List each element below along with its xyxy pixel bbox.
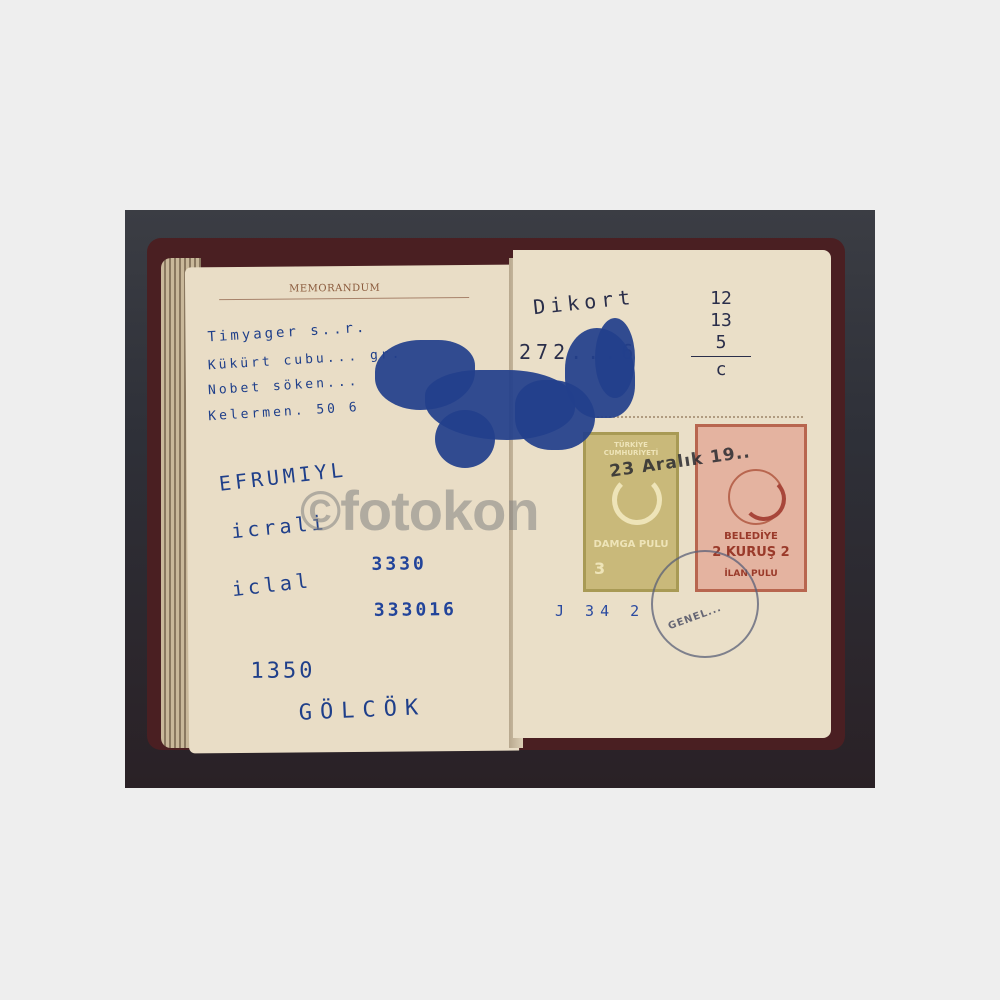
handwriting-line: Nobet söken... bbox=[208, 374, 360, 398]
handwriting-line: J 34 2 bbox=[555, 602, 645, 620]
watermark: ©fotokon bbox=[300, 478, 539, 543]
crescent-star-icon bbox=[728, 469, 784, 525]
calc-value: 12 bbox=[691, 288, 751, 310]
handwriting-line: Dikort bbox=[532, 285, 636, 320]
calc-rule bbox=[691, 356, 751, 357]
handwriting-number: 1350 bbox=[250, 658, 315, 684]
right-page: Dikort 272...6 12 13 5 c TÜRKİYE CUMHURİ… bbox=[513, 250, 831, 738]
calc-value: 5 bbox=[691, 332, 751, 354]
handwriting-number: 3330 bbox=[371, 553, 427, 574]
stamp-label: DAMGA PULU bbox=[586, 539, 676, 550]
crescent-emblem-icon bbox=[612, 475, 662, 525]
ink-blot bbox=[435, 410, 495, 468]
ink-blot bbox=[595, 318, 635, 398]
calc-value: 13 bbox=[691, 310, 751, 332]
handwriting-line: Timyager s..r. bbox=[207, 320, 368, 346]
handwritten-calculation: 12 13 5 c bbox=[691, 288, 751, 381]
header-rule bbox=[219, 297, 469, 300]
handwriting-line: GÖLCÖK bbox=[298, 695, 426, 726]
postmark-circle: GENEL... bbox=[651, 550, 759, 658]
handwriting-number: 333016 bbox=[374, 599, 457, 621]
calc-value: c bbox=[691, 359, 751, 381]
handwriting-line: iclal bbox=[231, 568, 313, 601]
postmark-text: GENEL... bbox=[667, 603, 723, 632]
handwriting-line: Kelermen. 50 6 bbox=[208, 400, 360, 424]
handwriting-line: Kükürt cubu... gr. bbox=[207, 346, 402, 373]
stamp-top-text: BELEDİYE bbox=[698, 531, 804, 542]
memorandum-header: MEMORANDUM bbox=[289, 283, 380, 295]
perforation-line bbox=[593, 416, 803, 418]
